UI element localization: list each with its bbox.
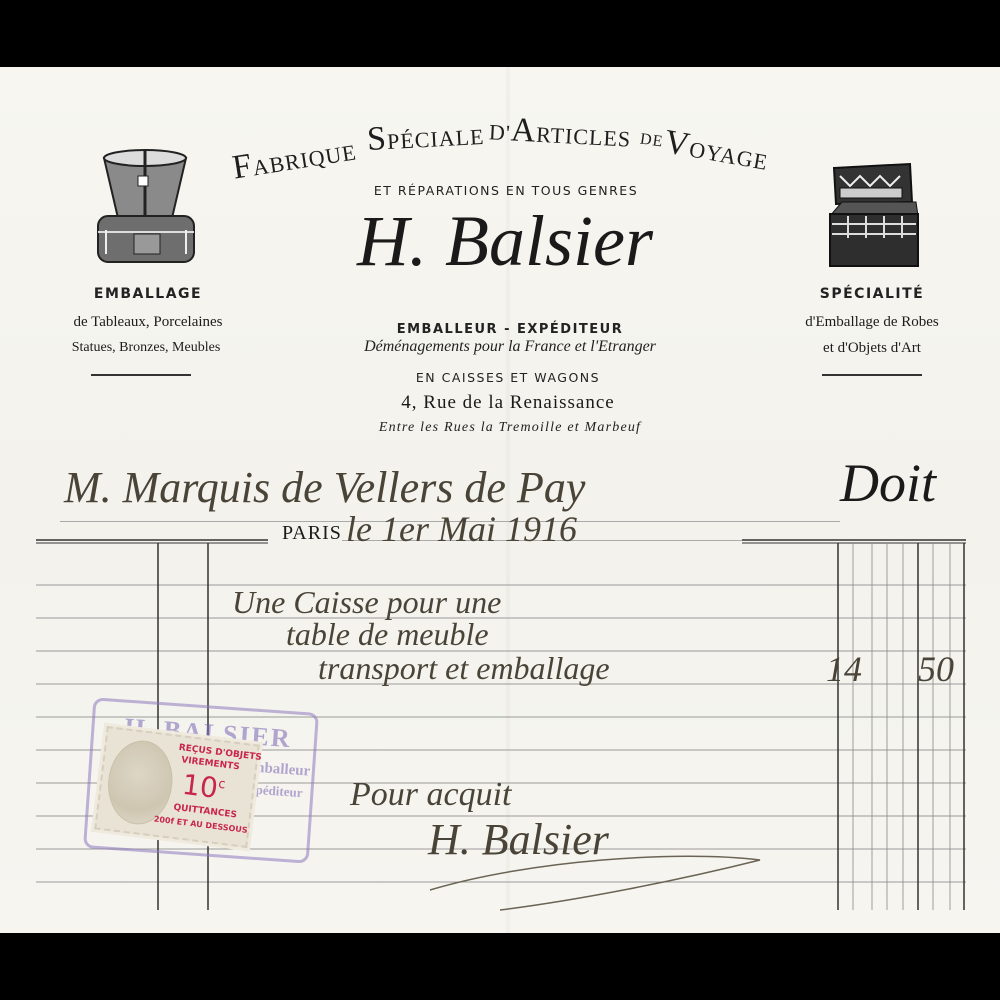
revenue-stamp: REÇUS D'OBJETS VIREMENTS 10c QUITTANCES … [94,726,260,848]
acquit-text: Pour acquit [350,776,511,814]
line-item-description: transport et emballage [318,650,610,687]
line-item-description: table de meuble [286,616,489,653]
amount-centimes: 50 [918,648,954,690]
marianne-portrait-icon [103,737,177,828]
signature-flourish [380,840,780,920]
amount-francs: 14 [826,648,862,690]
